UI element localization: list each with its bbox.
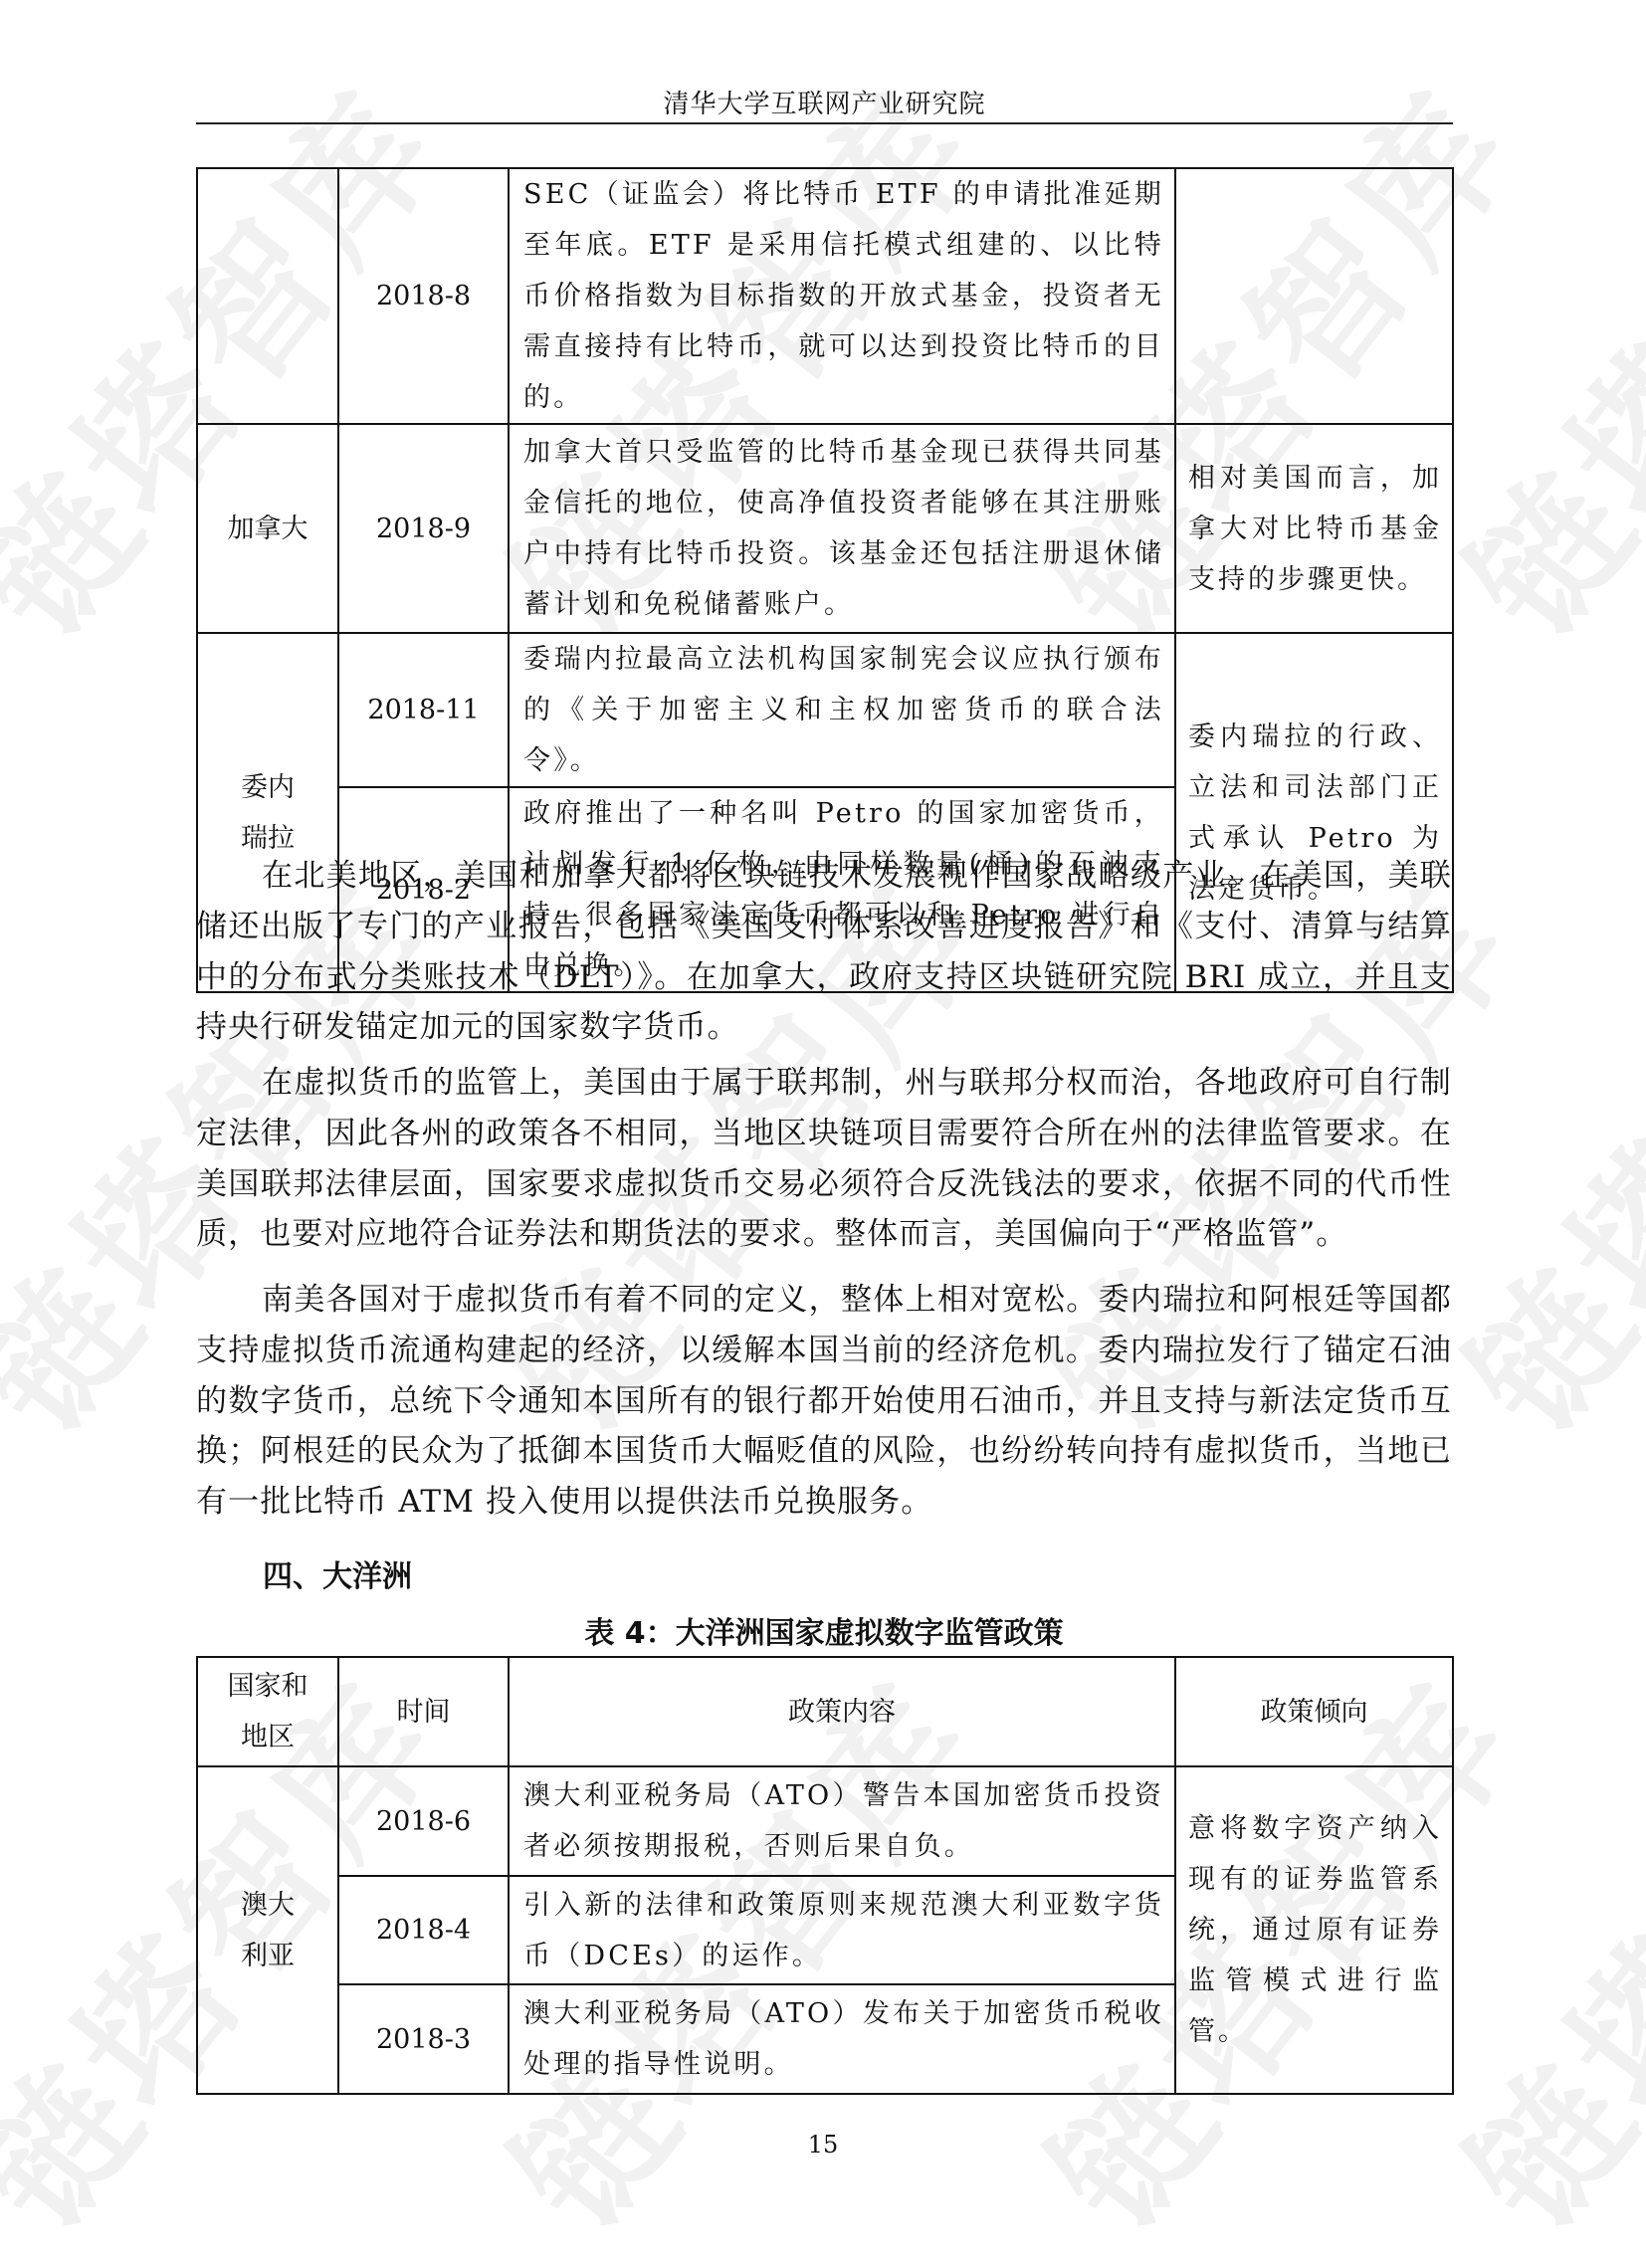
date-cell: 2018-4 — [338, 1876, 509, 1984]
column-header-tendency: 政策倾向 — [1175, 1657, 1453, 1766]
policy-content-cell: 加拿大首只受监管的比特币基金现已获得共同基金信托的地位，使高净值投资者能够在其注… — [509, 424, 1175, 633]
policy-tendency-cell — [1175, 168, 1453, 424]
column-header-country: 国家和 地区 — [197, 1657, 338, 1766]
country-line: 澳大 — [198, 1880, 337, 1931]
page-number: 15 — [0, 2130, 1646, 2160]
document-page: 清华大学互联网产业研究院 2018-8 SEC（证监会）将比特币 ETF 的申请… — [0, 0, 1646, 2268]
column-header-content: 政策内容 — [509, 1657, 1175, 1766]
policy-content-cell: 引入新的法律和政策原则来规范澳大利亚数字货币（DCEs）的运作。 — [509, 1876, 1175, 1984]
date-cell: 2018-9 — [338, 424, 509, 633]
date-cell: 2018-3 — [338, 1984, 509, 2094]
table-row: 委内 瑞拉 2018-11 委瑞内拉最高立法机构国家制宪会议应执行颁布的《关于加… — [197, 633, 1453, 787]
header-divider — [196, 122, 1453, 124]
country-cell: 加拿大 — [197, 424, 338, 633]
paragraph: 南美各国对于虚拟货币有着不同的定义，整体上相对宽松。委内瑞拉和阿根廷等国都支持虚… — [196, 1275, 1452, 1528]
column-header-date: 时间 — [338, 1657, 509, 1766]
date-cell: 2018-8 — [338, 168, 509, 424]
policy-tendency-cell: 相对美国而言，加拿大对比特币基金支持的步骤更快。 — [1175, 424, 1453, 633]
policy-content-cell: 委瑞内拉最高立法机构国家制宪会议应执行颁布的《关于加密主义和主权加密货币的联合法… — [509, 633, 1175, 787]
header-line: 地区 — [198, 1712, 337, 1762]
section-heading: 四、大洋洲 — [263, 1555, 412, 1599]
policy-content-cell: SEC（证监会）将比特币 ETF 的申请批准延期至年底。ETF 是采用信托模式组… — [509, 168, 1175, 424]
paragraph: 在北美地区，美国和加拿大都将区块链技术发展视作国家战略级产业。在美国，美联储还出… — [196, 851, 1452, 1053]
policy-content-cell: 澳大利亚税务局（ATO）警告本国加密货币投资者必须按期报税，否则后果自负。 — [509, 1766, 1175, 1876]
policy-content-cell: 澳大利亚税务局（ATO）发布关于加密货币税收处理的指导性说明。 — [509, 1984, 1175, 2094]
country-line: 委内 — [198, 762, 337, 813]
country-cell — [197, 168, 338, 424]
policy-tendency-cell: 意将数字资产纳入现有的证券监管系统，通过原有证券监管模式进行监管。 — [1175, 1766, 1453, 2094]
table-row: 澳大 利亚 2018-6 澳大利亚税务局（ATO）警告本国加密货币投资者必须按期… — [197, 1766, 1453, 1876]
country-line: 利亚 — [198, 1931, 337, 1981]
header-line: 国家和 — [198, 1661, 337, 1712]
table-row: 2018-8 SEC（证监会）将比特币 ETF 的申请批准延期至年底。ETF 是… — [197, 168, 1453, 424]
oceania-policy-table: 国家和 地区 时间 政策内容 政策倾向 澳大 利亚 2018-6 澳大利亚税务局… — [196, 1656, 1454, 2095]
paragraph: 在虚拟货币的监管上，美国由于属于联邦制，州与联邦分权而治，各地政府可自行制定法律… — [196, 1058, 1452, 1260]
country-cell: 澳大 利亚 — [197, 1766, 338, 2094]
date-cell: 2018-11 — [338, 633, 509, 787]
page-header: 清华大学互联网产业研究院 — [196, 86, 1453, 123]
date-cell: 2018-6 — [338, 1766, 509, 1876]
table-header-row: 国家和 地区 时间 政策内容 政策倾向 — [197, 1657, 1453, 1766]
table-caption: 表 4：大洋洲国家虚拟数字监管政策 — [196, 1612, 1452, 1656]
table-row: 加拿大 2018-9 加拿大首只受监管的比特币基金现已获得共同基金信托的地位，使… — [197, 424, 1453, 633]
